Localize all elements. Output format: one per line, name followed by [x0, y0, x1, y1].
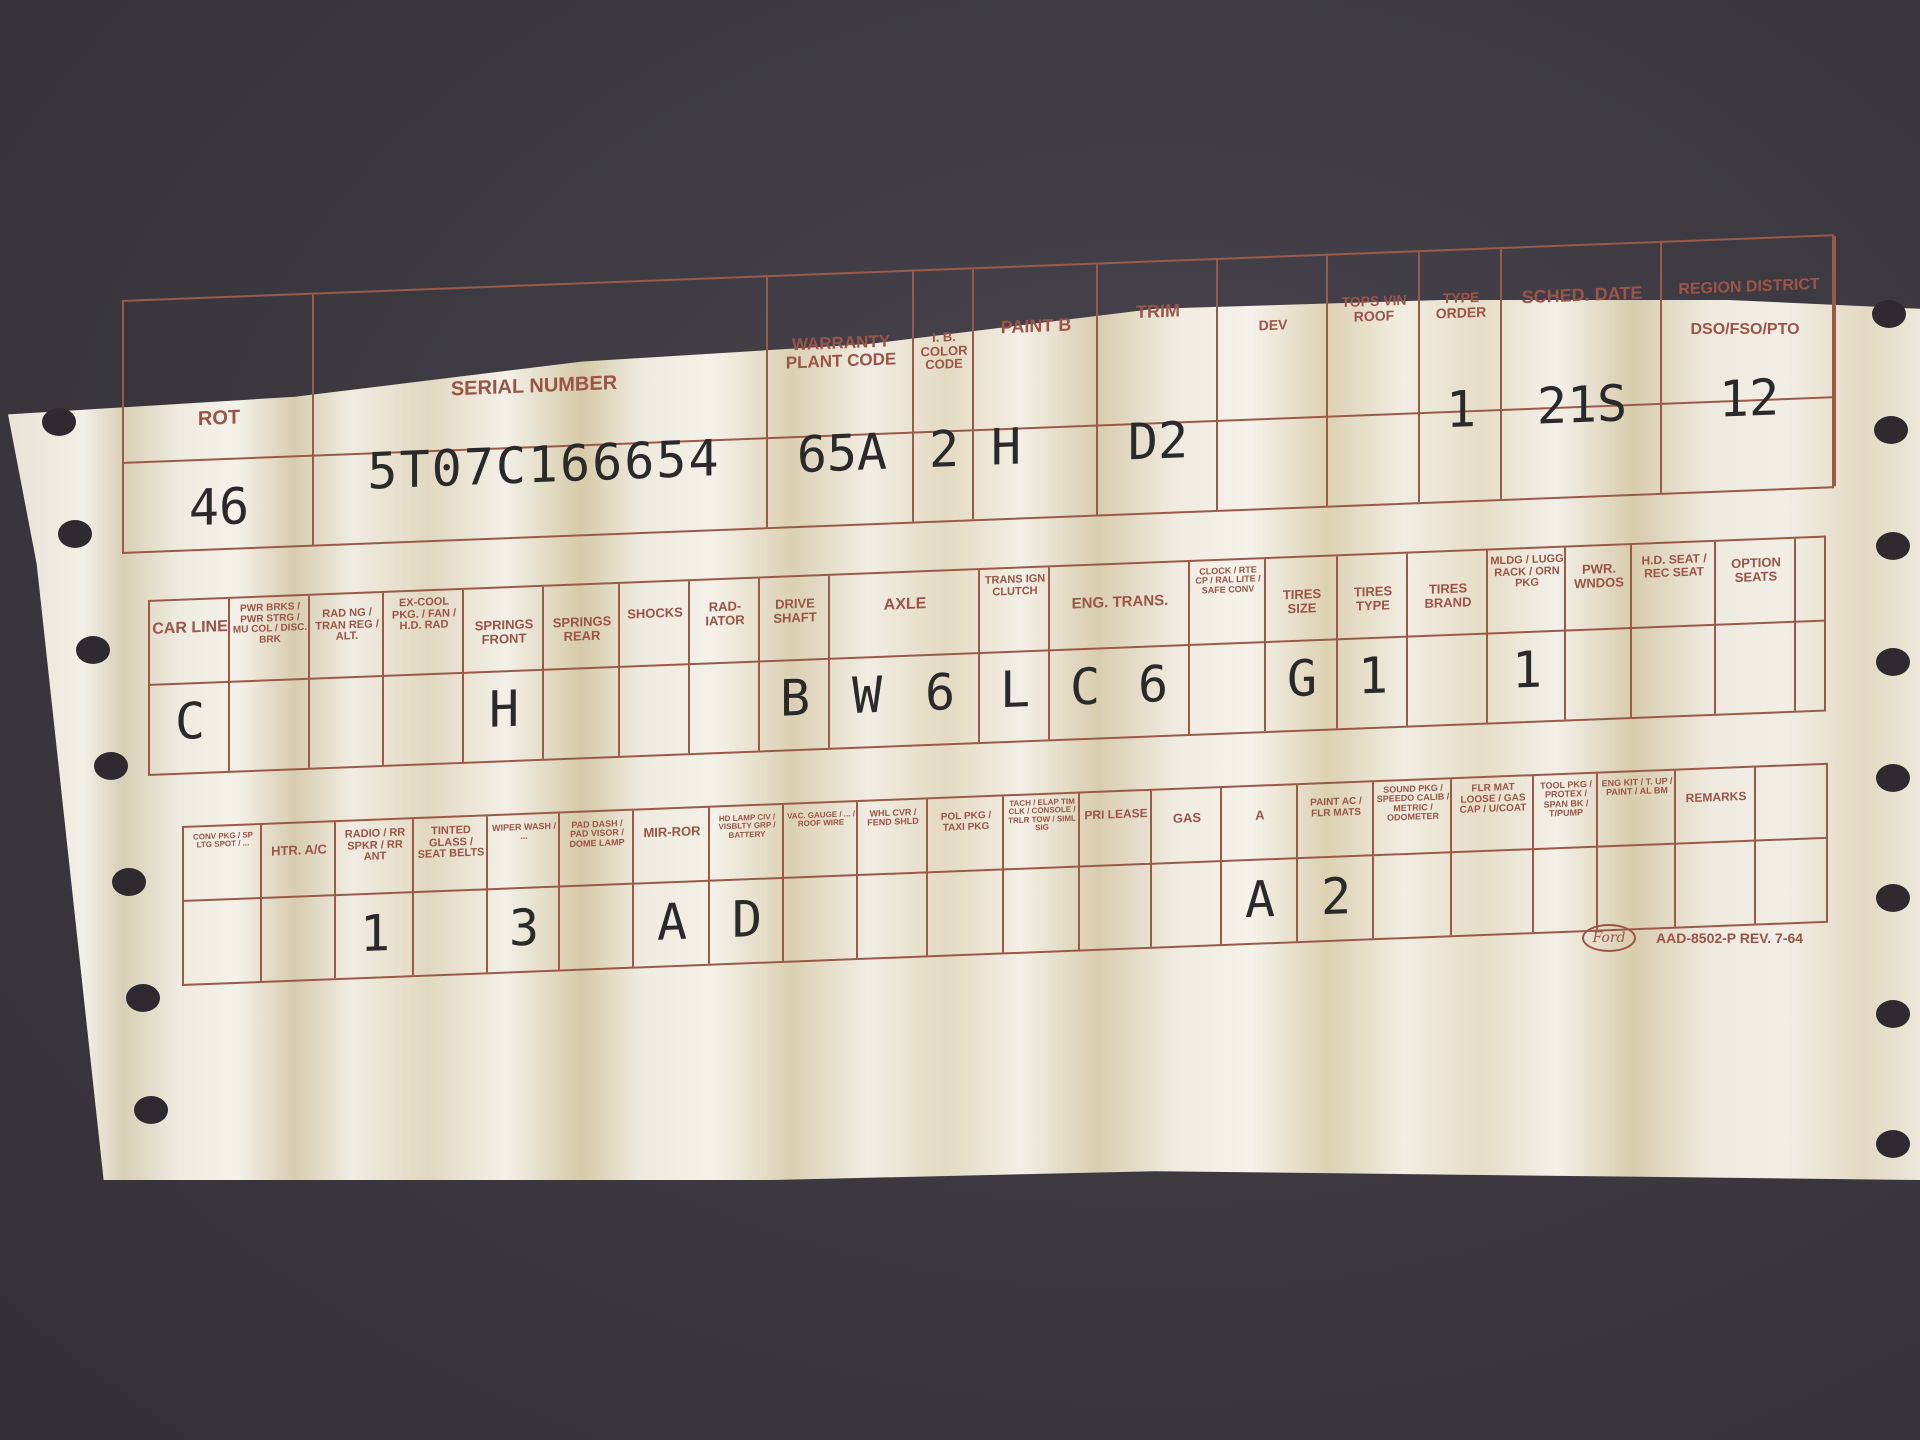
hdr-dso-fso-pto: DSO/FSO/PTO [1660, 322, 1830, 339]
hdr-radiator: RAD-IATOR [692, 599, 758, 629]
radio-value: 1 [338, 903, 412, 964]
hdr-mirror: MIR-ROR [636, 824, 708, 840]
hdr-rot: ROT [174, 407, 264, 431]
sprocket-hole [134, 1096, 168, 1124]
hdr-option-seats: OPTION SEATS [1718, 555, 1794, 585]
sprocket-hole [1876, 764, 1910, 792]
hdr-drive-shaft: DRIVE SHAFT [762, 596, 828, 626]
type-order-value: 1 [1422, 379, 1500, 440]
sprocket-hole [1876, 1000, 1910, 1028]
sprocket-hole [42, 408, 76, 436]
hdr-hd-seat: H.D. SEAT / REC SEAT [1634, 552, 1714, 580]
hdr-vac-gauge: VAC. GAUGE / ... / ROOF WIRE [786, 810, 856, 829]
sprocket-hole [1876, 648, 1910, 676]
sched-date-value: 21S [1504, 373, 1660, 437]
hdr-tires-size: TIRES SIZE [1268, 586, 1336, 616]
hdr-htr-ac: HTR. A/C [264, 842, 334, 858]
sprocket-hole [1876, 532, 1910, 560]
hdr-flr-mat-loose: FLR MAT LOOSE / GAS CAP / U/COAT [1454, 782, 1532, 816]
sprocket-hole [1874, 416, 1908, 444]
hdr-paint-ac: PAINT AC / FLR MATS [1300, 796, 1372, 820]
warranty-plant-code-value: 65A [774, 422, 910, 485]
sprocket-hole [1872, 300, 1906, 328]
hdr-tool-pkg: TOOL PKG / PROTEX / SPAN BK / T/PUMP [1536, 780, 1596, 820]
eng-trans-value-2: 6 [1118, 654, 1188, 715]
sprocket-hole [1876, 1130, 1910, 1158]
mldg-value: 1 [1490, 640, 1564, 701]
wiper-wash-value: 3 [490, 898, 558, 959]
drive-shaft-value: B [762, 668, 828, 729]
hdr-clock: CLOCK / RTE CP / RAL LITE / SAFE CONV [1192, 565, 1264, 596]
hdr-conv-pkg: CONV PKG / SP LTG SPOT / ... [186, 831, 260, 851]
sprocket-hole [58, 520, 92, 548]
hdr-ib-color-code: I. B. COLOR CODE [916, 329, 972, 372]
trim-value: D2 [1100, 410, 1216, 472]
hdr-type-order: TYPE ORDER [1422, 289, 1500, 321]
hdr-mldg-lugg-rack: MLDG / LUGG RACK / ORN PKG [1490, 554, 1564, 591]
axle-value-1: W [832, 665, 902, 726]
paint-b-value: H [976, 417, 1036, 477]
hdr-tires-brand: TIRES BRAND [1410, 581, 1486, 611]
hdr-springs-front: SPRINGS FRONT [466, 617, 542, 647]
hd-lamp-value: D [712, 889, 782, 950]
region-district-value: 12 [1664, 366, 1834, 431]
tires-type-value: 1 [1340, 646, 1406, 707]
hdr-pri-lease: PRI LEASE [1082, 807, 1150, 822]
axle-value-2: 6 [902, 662, 978, 723]
ib-color-code-value: 2 [916, 419, 972, 479]
hdr-pad-dash: PAD DASH / PAD VISOR / DOME LAMP [562, 819, 632, 850]
hdr-rad-ng: RAD NG / TRAN REG / ALT. [312, 607, 382, 644]
a-col-value: A [1224, 869, 1296, 930]
hdr-gas: GAS [1154, 810, 1220, 826]
hdr-car-line: CAR LINE [152, 619, 228, 639]
trans-value: L [982, 659, 1048, 720]
sprocket-hole [94, 752, 128, 780]
mirror-value: A [636, 892, 708, 953]
hdr-ex-cool: EX-COOL PKG. / FAN / H.D. RAD [386, 596, 462, 634]
sprocket-hole [76, 636, 110, 664]
hdr-wiper-wash: WIPER WASH / ... [490, 822, 558, 843]
sprocket-hole [112, 868, 146, 896]
hdr-tops-vin-roof: TOPS VIN ROOF [1330, 292, 1418, 325]
hdr-remarks: REMARKS [1678, 790, 1754, 806]
tires-size-value: G [1268, 648, 1336, 709]
paint-ac-value: 2 [1300, 866, 1372, 927]
sprocket-hole [126, 984, 160, 1012]
form-number: AAD-8502-P REV. 7-64 [1656, 930, 1803, 946]
hdr-a: A [1224, 807, 1296, 823]
hdr-hd-lamp: HD LAMP CIV / VISBLTY GRP / BATTERY [712, 813, 782, 841]
hdr-pwr-brks: PWR BRKS / PWR STRG / MU COL / DISC. BRK [232, 602, 308, 647]
sprocket-hole [1876, 884, 1910, 912]
hdr-pwr-wndos: PWR. WNDOS [1568, 561, 1630, 591]
eng-trans-value-1: C [1052, 657, 1118, 718]
springs-front-value: H [466, 679, 542, 740]
hdr-shocks: SHOCKS [622, 605, 688, 621]
ford-logo-icon: Ford [1582, 924, 1636, 952]
rot-value: 46 [154, 476, 284, 539]
hdr-radio: RADIO / RR SPKR / RR ANT [338, 827, 412, 864]
hdr-springs-rear: SPRINGS REAR [546, 614, 618, 644]
hdr-whl-cvr: WHL CVR / FEND SHLD [860, 807, 926, 828]
hdr-eng-kit: ENG KIT / T. UP / PAINT / AL BM [1600, 777, 1674, 799]
car-line-value: C [152, 691, 228, 752]
hdr-sound-pkg: SOUND PKG / SPEEDO CALIB / METRIC / ODOM… [1376, 783, 1450, 824]
hdr-tinted-glass: TINTED GLASS / SEAT BELTS [416, 824, 486, 861]
hdr-tires-type: TIRES TYPE [1340, 584, 1406, 614]
hdr-tach: TACH / ELAP TIM CLK / CONSOLE / TRLR TOW… [1006, 798, 1078, 834]
hdr-pol-pkg: POL PKG / TAXI PKG [930, 810, 1002, 834]
hdr-trans-ign-clutch: TRANS IGN CLUTCH [982, 573, 1048, 599]
hdr-warranty-plant-code: WARRANTY PLANT CODE [778, 332, 904, 373]
